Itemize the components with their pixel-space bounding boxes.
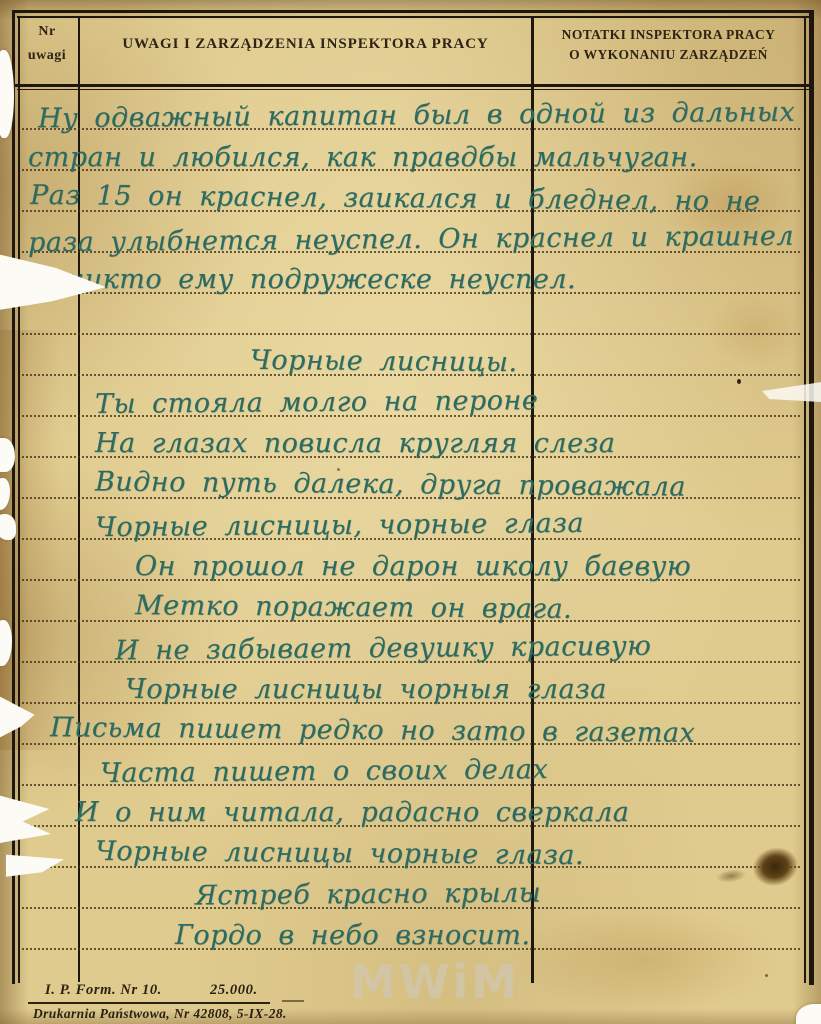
handwriting-line: Метко поражает он врага. bbox=[135, 588, 573, 628]
header-bottom-rule-inner bbox=[17, 89, 809, 90]
nr-column-label-line1: Nr bbox=[16, 24, 78, 40]
handwriting-line: Чорные лисницы чорныя глаза bbox=[125, 672, 607, 708]
right-column-header-line2: O WYKONANIU ZARZĄDZEŃ bbox=[533, 47, 804, 63]
paper-tear bbox=[0, 620, 12, 666]
handwriting-line: Раз 15 он краснел, заикался и бледнел, н… bbox=[30, 178, 761, 220]
handwriting-line: И не забывает девушку красивую bbox=[115, 629, 652, 670]
header-bottom-rule-outer bbox=[14, 84, 812, 87]
paper-stain bbox=[690, 280, 820, 380]
form-border-right-outer bbox=[809, 10, 814, 985]
form-border-top-outer bbox=[12, 10, 814, 13]
nr-column-label-line2: uwagi bbox=[16, 48, 78, 64]
form-border-top-inner bbox=[17, 16, 809, 18]
ruled-line bbox=[22, 333, 800, 335]
main-column-header: UWAGI I ZARZĄDZENIA INSPEKTORA PRACY bbox=[80, 36, 531, 53]
handwriting-line: Гордо в небо взносит. bbox=[175, 918, 530, 954]
handwriting-line: На глазах повисла кругляя слеза bbox=[95, 426, 615, 462]
paper-tear bbox=[0, 478, 10, 510]
footer-print-run: 25.000. bbox=[210, 982, 258, 999]
handwriting-line: Чорные лисницы, чорные глаза bbox=[95, 506, 584, 546]
ink-blot-smudge bbox=[711, 865, 751, 886]
form-border-left-outer bbox=[12, 10, 15, 984]
handwriting-line: раза улыбнется неуспел. Он краснел и кра… bbox=[28, 219, 794, 262]
paper-speck bbox=[737, 379, 741, 384]
ink-blot bbox=[737, 837, 810, 902]
handwriting-line: В никто ему подружеске неуспел. bbox=[30, 262, 576, 298]
handwriting-line: Чорные лисницы. bbox=[250, 343, 518, 381]
paper-tear bbox=[0, 694, 39, 740]
right-column-header-line1: NOTATKI INSPEKTORA PRACY bbox=[533, 27, 804, 43]
handwriting-line: Ну одважный капитан был в одной из дальн… bbox=[38, 95, 795, 138]
footer-underline bbox=[28, 1002, 270, 1004]
paper-speck bbox=[765, 974, 768, 977]
handwriting-line: Письма пишет редко но зато в газетах bbox=[50, 710, 696, 752]
handwriting-line: И о ним читала, радасно сверкала bbox=[75, 795, 629, 831]
handwriting-line: Видно путь далека, друга проважала bbox=[95, 464, 686, 505]
form-border-left-inner bbox=[18, 16, 20, 983]
footer-form-number: I. P. Form. Nr 10. bbox=[45, 982, 162, 999]
scanned-form-page: Nr uwagi UWAGI I ZARZĄDZENIA INSPEKTORA … bbox=[0, 0, 821, 1024]
watermark: MWiM bbox=[350, 955, 520, 1009]
handwriting-line: Он прошол не дарон школу баевую bbox=[135, 549, 691, 585]
handwriting-line: Часта пишет о своих делах bbox=[100, 752, 548, 792]
footer-dash bbox=[282, 1000, 304, 1002]
paper-tear bbox=[0, 794, 54, 844]
paper-stain bbox=[0, 330, 60, 750]
handwriting-line: Чорные лисницы чорные глаза. bbox=[95, 834, 584, 874]
handwriting-line: стран и любился, как правдбы мальчуган. bbox=[28, 140, 698, 176]
handwriting-line: Ястреб красно крылы bbox=[195, 875, 541, 914]
form-border-right-inner bbox=[804, 16, 806, 983]
paper-tear bbox=[796, 1004, 821, 1024]
footer-printer: Drukarnia Państwowa, Nr 42808, 5-IX-28. bbox=[33, 1006, 287, 1022]
handwriting-line: Ты стояла молго на пероне bbox=[95, 383, 539, 423]
